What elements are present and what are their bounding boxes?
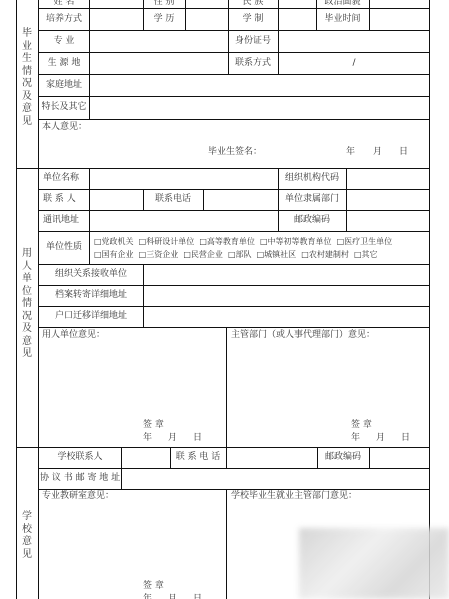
label-month: 月 <box>373 147 382 158</box>
label-year: 年 <box>351 433 360 444</box>
label-employment-opinion: 学校毕业生就业主管部门意见： <box>231 491 357 502</box>
graduate-section-title: 毕业生情况及意见 <box>21 28 33 128</box>
label-org-code: 组织机构代码 <box>279 173 345 184</box>
checkbox-urban-community[interactable]: □城镇社区 <box>257 250 297 259</box>
row-line <box>38 74 430 75</box>
label-supervisor-opinion: 主管部门（或人事代理部门）意见： <box>231 330 375 341</box>
checkbox-party-gov[interactable]: □党政机关 <box>94 237 134 246</box>
col-line <box>89 168 90 264</box>
label-employer-stamp: 签 章 <box>143 420 164 431</box>
row-line <box>38 30 430 31</box>
label-phone: 联系电话 <box>144 194 202 205</box>
col-line <box>226 489 227 599</box>
checkbox-military[interactable]: □部队 <box>228 250 252 259</box>
label-origin: 生 源 地 <box>40 58 88 69</box>
employer-section-title: 用人单位情况及意见 <box>21 248 33 361</box>
label-major: 专 业 <box>40 36 88 47</box>
label-year: 年 <box>346 147 355 158</box>
label-affiliation: 单位隶属部门 <box>279 194 345 205</box>
label-political: 政治面貌 <box>317 0 368 8</box>
label-year: 年 <box>143 433 152 444</box>
row-line <box>38 52 430 53</box>
label-specialty: 特长及其它 <box>40 102 88 113</box>
col-line <box>121 447 122 489</box>
col-line <box>143 264 144 327</box>
col-line <box>226 327 227 447</box>
school-section-title: 学校意见 <box>21 511 33 561</box>
section-divider <box>16 168 430 169</box>
label-supervisor-stamp: 签 章 <box>351 420 372 431</box>
label-day: 日 <box>193 433 202 444</box>
label-dept-opinion: 专业教研室意见： <box>42 491 114 502</box>
row-line <box>38 306 430 307</box>
checkbox-rural-village[interactable]: □农村建制村 <box>301 250 349 259</box>
label-hukou-address: 户口迁移详细地址 <box>40 311 142 322</box>
unit-nature-options: □党政机关 □科研设计单位 □高等教育单位 □中等初等教育单位 □医疗卫生单位 … <box>94 235 429 261</box>
row-line <box>38 231 430 232</box>
label-id-number: 身份证号 <box>229 36 277 47</box>
label-name: 姓 名 <box>40 0 88 8</box>
col-line <box>226 447 227 468</box>
checkbox-foreign-invested[interactable]: □三资企业 <box>139 250 179 259</box>
col-line <box>369 0 370 30</box>
label-school-phone: 联 系 电 话 <box>171 452 225 463</box>
label-school-contact: 学校联系人 <box>40 452 120 463</box>
label-day: 日 <box>401 433 410 444</box>
label-year: 年 <box>143 594 152 599</box>
label-home-address: 家庭地址 <box>40 80 88 91</box>
section-divider <box>16 447 430 448</box>
checkbox-secondary-edu[interactable]: □中等初等教育单位 <box>260 237 332 246</box>
label-address: 通讯地址 <box>43 215 79 226</box>
col-line <box>369 447 370 468</box>
label-unit-nature: 单位性质 <box>40 242 88 253</box>
checkbox-medical[interactable]: □医疗卫生单位 <box>337 237 393 246</box>
label-month: 月 <box>376 433 385 444</box>
checkbox-research[interactable]: □科研设计单位 <box>139 237 195 246</box>
outer-left-border <box>16 0 17 599</box>
col-line <box>185 0 186 30</box>
col-line <box>346 168 347 231</box>
row-line <box>38 96 430 97</box>
label-day: 日 <box>193 594 202 599</box>
label-grad-time: 毕业时间 <box>317 14 368 25</box>
label-employer-opinion: 用人单位意见： <box>42 330 105 341</box>
label-school-stamp: 签 章 <box>143 581 164 592</box>
row-line <box>38 210 430 211</box>
col-line <box>203 189 204 210</box>
row-line <box>38 285 430 286</box>
label-duration: 学 制 <box>229 14 277 25</box>
row-line <box>38 468 430 469</box>
label-gender: 性 别 <box>144 0 184 8</box>
label-org-relation: 组织关系接收单位 <box>40 269 142 280</box>
row-line <box>38 119 430 120</box>
label-month: 月 <box>168 433 177 444</box>
checkbox-higher-edu[interactable]: □高等教育单位 <box>199 237 255 246</box>
watermark-blur <box>299 528 449 599</box>
section-title-divider <box>38 0 39 599</box>
col-line <box>89 0 90 119</box>
row-line <box>38 8 430 9</box>
row-line <box>38 327 430 328</box>
label-training: 培养方式 <box>40 14 88 25</box>
label-day: 日 <box>399 147 408 158</box>
label-contact-person: 联 系 人 <box>43 194 76 205</box>
label-school-postcode: 邮政编码 <box>318 452 368 463</box>
label-archive-address: 档案转寄详细地址 <box>40 290 142 301</box>
outer-right-border <box>429 0 430 599</box>
row-line <box>38 489 430 490</box>
label-graduate-signature: 毕业生签名： <box>208 147 262 158</box>
label-self-opinion: 本人意见： <box>42 122 87 133</box>
checkbox-state-owned[interactable]: □国有企业 <box>94 250 134 259</box>
checkbox-other[interactable]: □其它 <box>354 250 378 259</box>
label-month: 月 <box>168 594 177 599</box>
contact-value[interactable]: / <box>279 58 429 69</box>
label-contact: 联系方式 <box>229 58 277 69</box>
label-ethnicity: 民 族 <box>229 0 277 8</box>
row-line <box>38 189 430 190</box>
checkbox-private[interactable]: □民营企业 <box>183 250 223 259</box>
label-education: 学 历 <box>144 14 184 25</box>
label-postcode: 邮政编码 <box>279 215 345 226</box>
label-unit-name: 单位名称 <box>43 173 79 184</box>
employment-agreement-form: 毕业生情况及意见 姓 名 性 别 民 族 政治面貌 培养方式 学 历 学 制 毕… <box>0 0 449 599</box>
row-line <box>38 264 430 265</box>
label-agreement-address: 协 议 书 邮 寄 地 址 <box>40 473 120 484</box>
